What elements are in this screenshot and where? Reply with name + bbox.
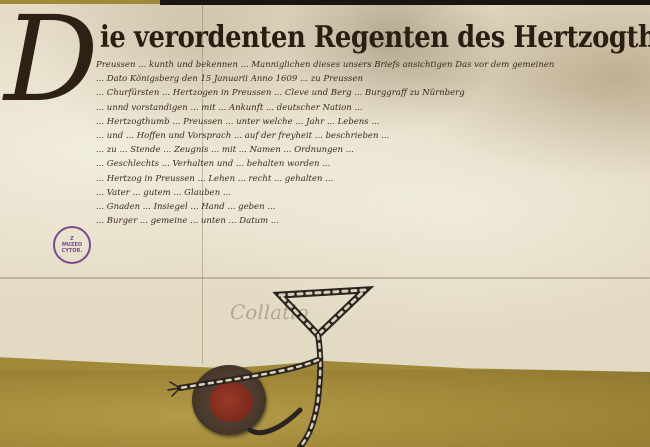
braided-cord-icon (0, 0, 650, 447)
